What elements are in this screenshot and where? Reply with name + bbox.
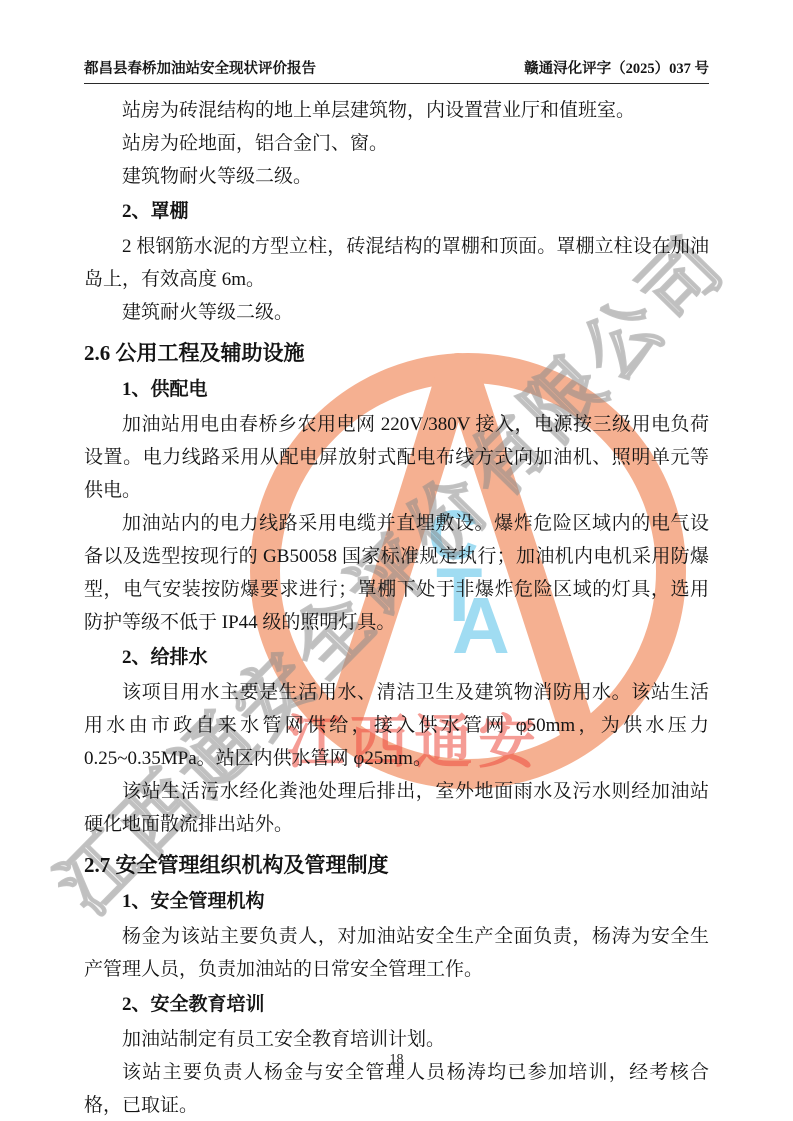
paragraph: 该站生活污水经化粪池处理后排出，室外地面雨水及污水则经加油站硬化地面散流排出站外… — [84, 775, 709, 841]
page-number: 18 — [0, 1052, 793, 1068]
header-document-code: 赣通浔化评字（2025）037 号 — [524, 57, 709, 78]
paragraph: 站房为砼地面，铝合金门、窗。 — [84, 127, 709, 160]
paragraph: 杨金为该站主要负责人，对加油站安全生产全面负责，杨涛为安全生产管理人员，负责加油… — [84, 920, 709, 986]
paragraph: 2 根钢筋水泥的方型立柱，砖混结构的罩棚和顶面。罩棚立柱设在加油岛上，有效高度 … — [84, 230, 709, 296]
paragraph: 加油站用电由春桥乡农用电网 220V/380V 接入，电源按三级用电负荷设置。电… — [84, 408, 709, 507]
section-heading: 2.7 安全管理组织机构及管理制度 — [84, 848, 709, 882]
subsection-heading: 2、给排水 — [84, 641, 709, 674]
paragraph: 建筑耐火等级二级。 — [84, 296, 709, 329]
subsection-heading: 1、安全管理机构 — [84, 885, 709, 918]
paragraph: 建筑物耐火等级二级。 — [84, 160, 709, 193]
subsection-heading: 2、罩棚 — [84, 195, 709, 228]
section-heading: 2.6 公用工程及辅助设施 — [84, 336, 709, 370]
subsection-heading: 1、供配电 — [84, 373, 709, 406]
document-page: C T A 江西通安全评价有限公司 江西通安 都昌县春桥加油站安全现状评价报告 … — [0, 0, 793, 1121]
paragraph: 站房为砖混结构的地上单层建筑物，内设置营业厅和值班室。 — [84, 94, 709, 127]
subsection-heading: 2、安全教育培训 — [84, 988, 709, 1021]
header-report-title: 都昌县春桥加油站安全现状评价报告 — [84, 57, 316, 78]
page-header: 都昌县春桥加油站安全现状评价报告 赣通浔化评字（2025）037 号 — [84, 0, 709, 84]
paragraph: 加油站内的电力线路采用电缆并直埋敷设。爆炸危险区域内的电气设备以及选型按现行的 … — [84, 507, 709, 639]
paragraph: 该项目用水主要是生活用水、清洁卫生及建筑物消防用水。该站生活用水由市政自来水管网… — [84, 676, 709, 775]
document-body: 站房为砖混结构的地上单层建筑物，内设置营业厅和值班室。 站房为砼地面，铝合金门、… — [0, 84, 793, 1121]
